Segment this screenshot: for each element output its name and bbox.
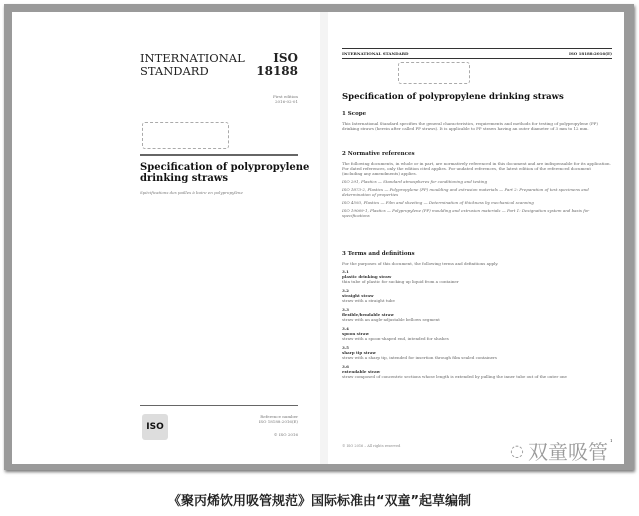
term-entry: 3.3flexible/bendable strawstraw with an … [342,307,612,322]
cover-title: Specification of polypropylene drinking … [140,162,309,184]
iso-logo-icon: ISO [142,414,168,440]
divider [140,154,298,156]
title-line1: Specification of polypropylene [140,162,309,173]
reference-item: ISO 1873-2, Plastics — Polypropylene (PP… [342,187,612,197]
document-photo-frame: INTERNATIONAL STANDARD ISO 18188 First e… [4,4,634,470]
terms-list: 3.1plastic drinking strawthin tube of pl… [342,269,612,379]
image-caption: 《聚丙烯饮用吸管规范》国际标准由“双童”起草编制 [0,490,639,509]
term-entry: 3.5sharp tip strawstraw with a sharp tip… [342,345,612,360]
reference-block: Reference number ISO 18188:2016(E) © ISO… [259,414,298,437]
reference-list: ISO 291, Plastics — Standard atmospheres… [342,179,612,218]
title-line2: drinking straws [140,173,309,184]
content-page: INTERNATIONAL STANDARD ISO 18188:2016(E)… [328,12,624,464]
reference-item: ISO 19069-1, Plastics — Polypropylene (P… [342,208,612,218]
reference-item: ISO 291, Plastics — Standard atmospheres… [342,179,612,184]
cover-copyright: © ISO 2016 [259,432,298,437]
cover-subtitle: Spécifications des pailles à boire en po… [140,190,243,195]
norm-heading: 2 Normative references [342,152,612,157]
edition-info: First edition 2016-02-01 [273,94,298,104]
header-line2: STANDARD [140,65,245,78]
terms-intro: For the purposes of this document, the f… [342,261,612,266]
term-definition: straw with a sharp tip, intended for ins… [342,355,497,360]
stamp-mark [142,122,229,149]
ref-number: ISO 18188:2016(E) [259,419,298,424]
scope-heading: 1 Scope [342,112,612,117]
wechat-icon: ◌ [510,441,524,460]
page-footer: © ISO 2016 – All rights reserved [342,444,400,448]
stamp-mark [398,62,470,84]
running-header: INTERNATIONAL STANDARD ISO 18188:2016(E) [342,48,612,59]
cover-page: INTERNATIONAL STANDARD ISO 18188 First e… [12,12,320,464]
term-entry: 3.1plastic drinking strawthin tube of pl… [342,269,612,284]
header-right: ISO 18188:2016(E) [569,51,612,56]
edition-date: 2016-02-01 [273,99,298,104]
term-definition: straw composed of concentric sections wh… [342,374,567,379]
page-number: 1 [610,438,613,443]
term-definition: straw with a straight tube [342,298,395,303]
standard-number: 18188 [256,65,298,78]
term-definition: straw with an angle-adjustable bellows s… [342,317,440,322]
cover-header: INTERNATIONAL STANDARD [140,52,245,78]
norm-text: The following documents, in whole or in … [342,161,612,176]
term-entry: 3.2straight strawstraw with a straight t… [342,288,612,303]
watermark-text: 双童吸管 [528,436,608,465]
section-scope: 1 Scope This International Standard spec… [342,112,612,134]
section-normative: 2 Normative references The following doc… [342,152,612,221]
section-terms: 3 Terms and definitions For the purposes… [342,252,612,383]
scope-text: This International Standard specifies th… [342,121,612,131]
header-left: INTERNATIONAL STANDARD [342,51,409,56]
divider-bottom [140,405,298,406]
content-title: Specification of polypropylene drinking … [342,92,564,102]
watermark: ◌ 双童吸管 [510,436,608,465]
term-definition: thin tube of plastic for sucking up liqu… [342,279,459,284]
term-definition: straw with a spoon-shaped end, intended … [342,336,449,341]
reference-item: ISO 4593, Plastics — Film and sheeting —… [342,200,612,205]
term-entry: 3.6extendable strawstraw composed of con… [342,364,612,379]
terms-heading: 3 Terms and definitions [342,252,612,257]
iso-number: ISO 18188 [256,52,298,78]
term-entry: 3.4spoon strawstraw with a spoon-shaped … [342,326,612,341]
